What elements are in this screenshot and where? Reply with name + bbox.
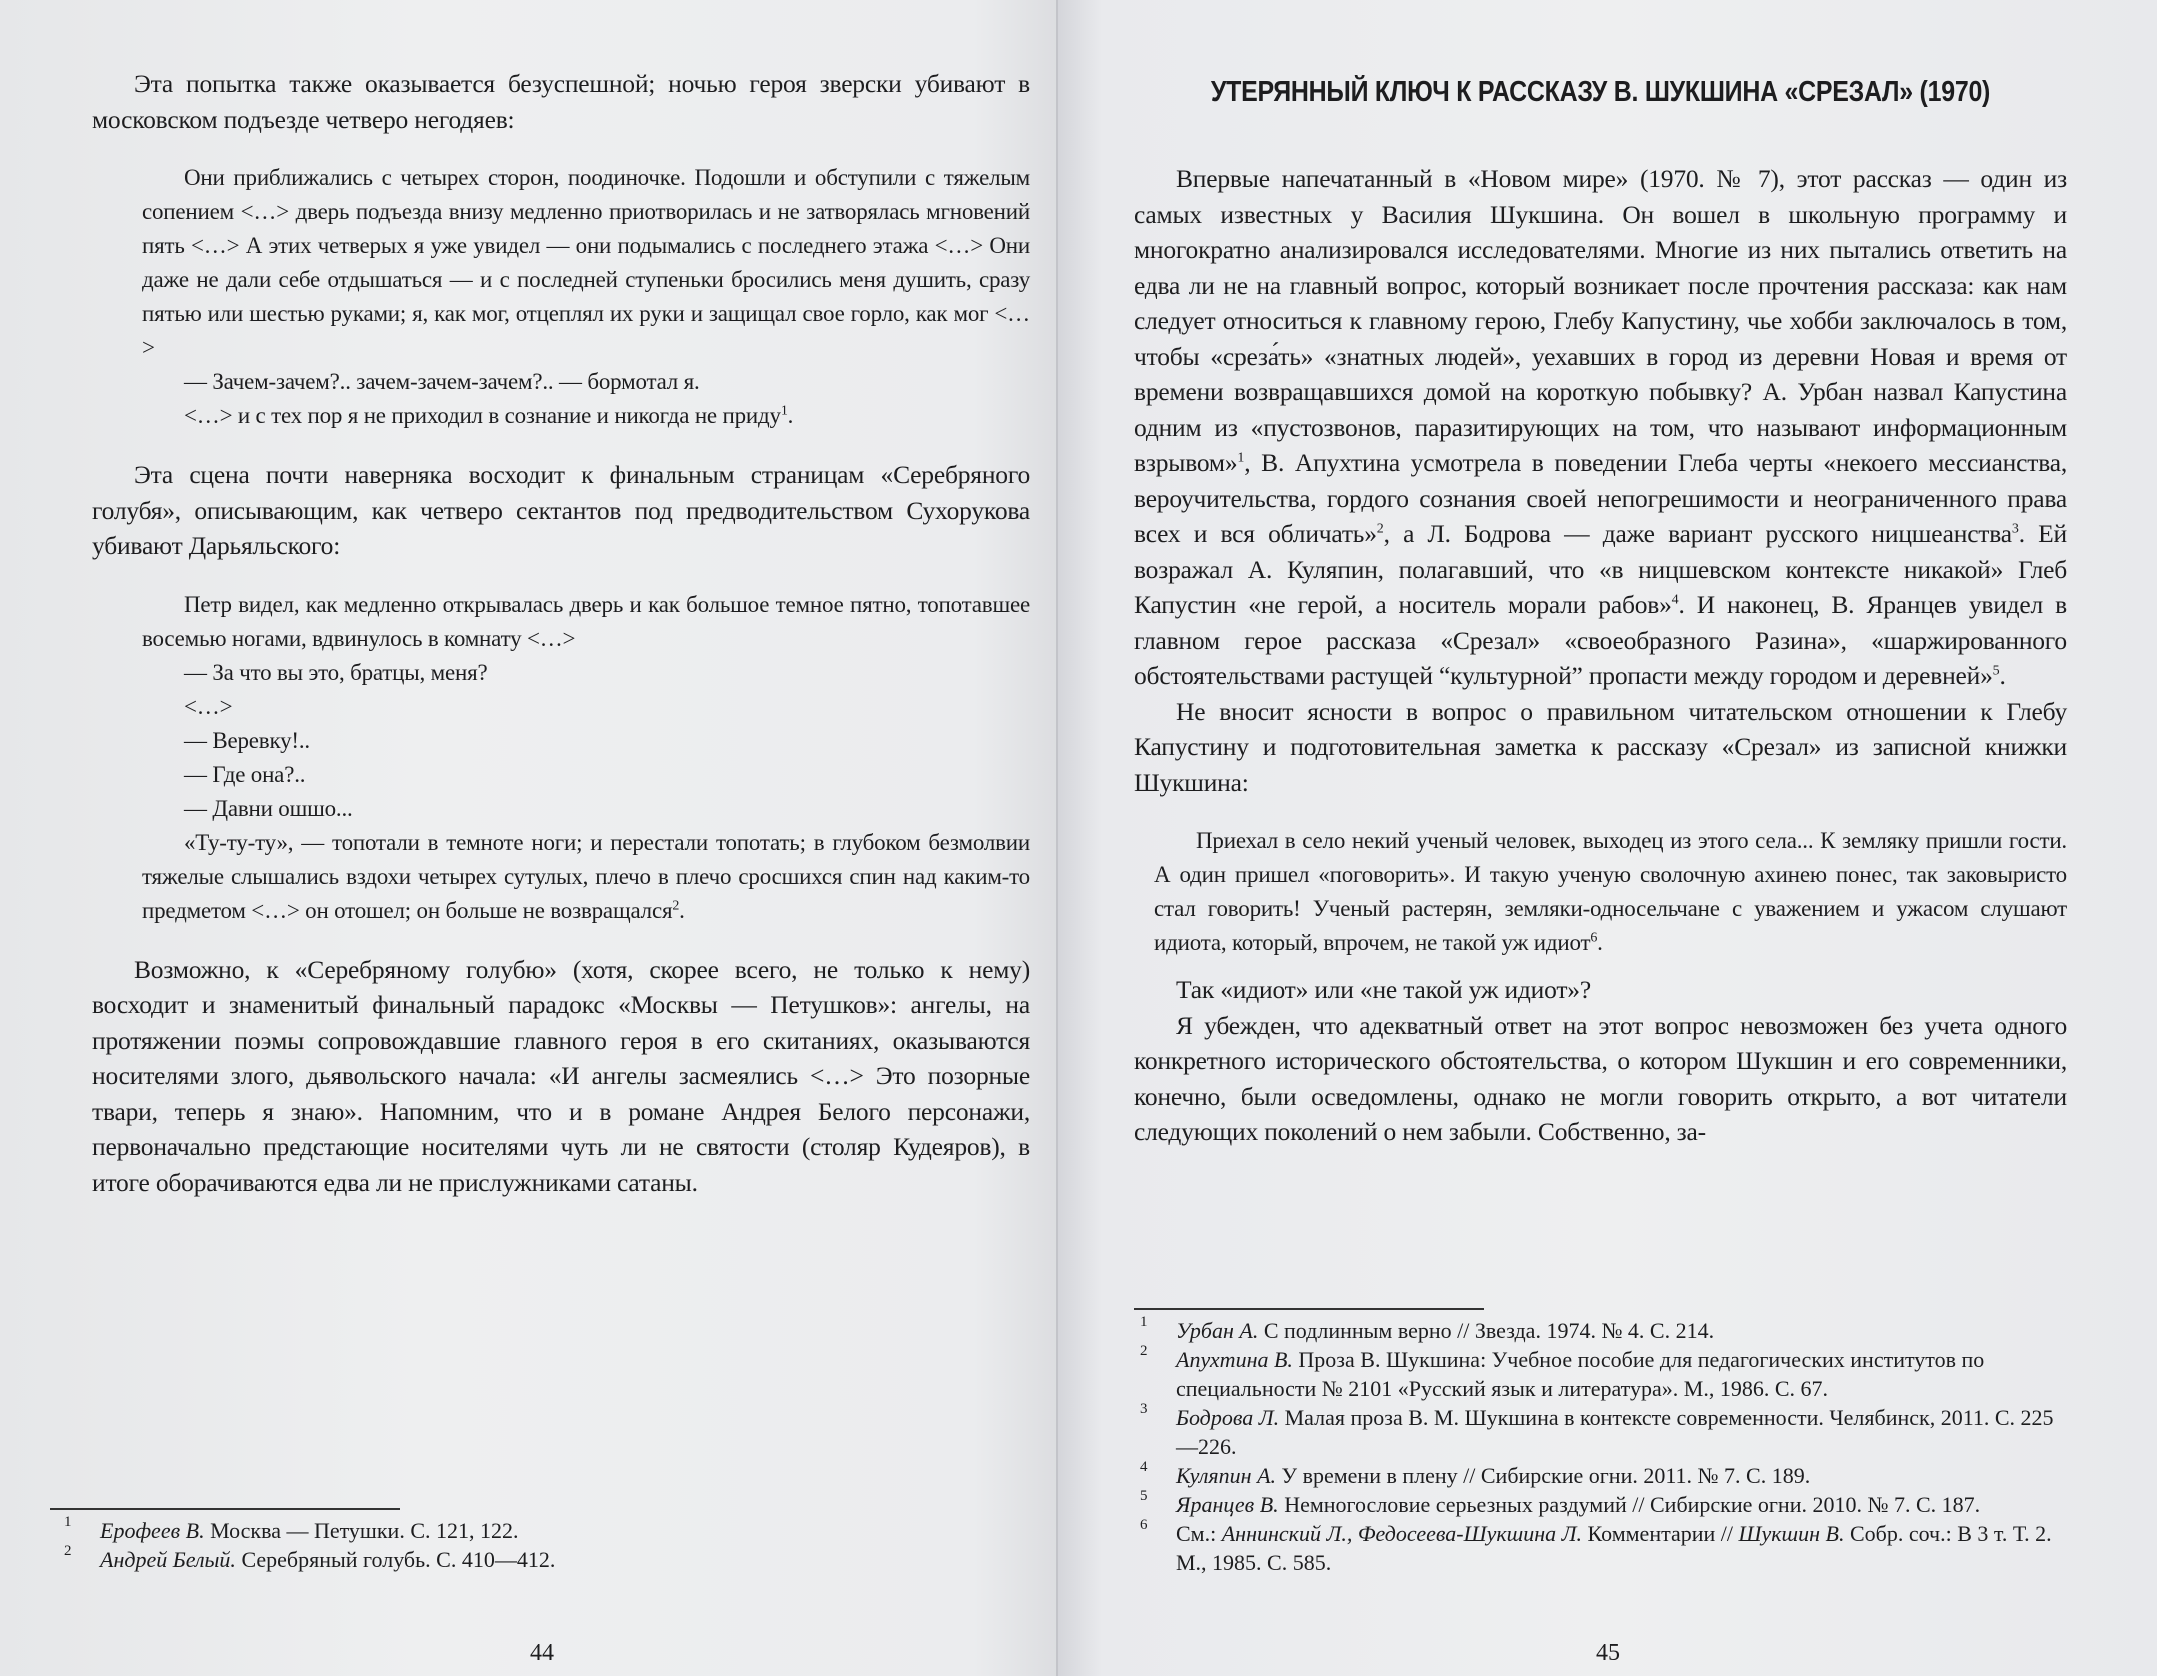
paragraph: Впервые напечатанный в «Новом мире» (197… [1134, 161, 2067, 694]
paragraph: Возможно, к «Серебряному голубю» (хотя, … [92, 952, 1030, 1201]
footnote-body: Малая проза В. М. Шукшина в контексте со… [1176, 1405, 2054, 1459]
chapter-heading: УТЕРЯННЫЙ КЛЮЧ К РАССКАЗУ В. ШУКШИНА «СР… [1199, 76, 2001, 109]
text-segment: Впервые напечатанный в «Новом мире» (197… [1134, 164, 2067, 477]
footnote-prefix: См.: [1176, 1521, 1222, 1546]
dialog-text: <…> и с тех пор я не приходил в сознание… [184, 403, 781, 428]
footnote-number: 1 [64, 1508, 84, 1537]
block-quote: Они приближались с четырех сторон, пооди… [142, 161, 1030, 365]
footnote: 6 См.: Аннинский Л., Федосеева-Шукшина Л… [1176, 1519, 2067, 1577]
footnote: 1 Урбан А. С подлинным верно // Звезда. … [1176, 1316, 2067, 1345]
footnote-body: Серебряный голубь. С. 410—412. [236, 1547, 555, 1572]
footnote-number: 2 [1140, 1337, 1160, 1366]
punctuation: . [788, 403, 794, 428]
paragraph: Я убежден, что адекватный ответ на этот … [1134, 1008, 2067, 1150]
footnote-author: Шукшин В. [1739, 1521, 1845, 1546]
paragraph: Эта сцена почти наверняка восходит к фин… [92, 457, 1030, 564]
footnotes-right: 1 Урбан А. С подлинным верно // Звезда. … [1134, 1308, 2067, 1577]
left-page-body: Эта попытка также оказывается безуспешно… [92, 66, 1030, 1200]
dialog-line: — Где она?.. [184, 758, 1030, 792]
dialog-line: — Зачем-зачем?.. зачем-зачем-зачем?.. — … [184, 365, 1030, 399]
footnote-text: Куляпин А. У времени в плену // Сибирски… [1176, 1461, 2067, 1490]
footnote: 4 Куляпин А. У времени в плену // Сибирс… [1176, 1461, 2067, 1490]
footnote: 2 Андрей Белый. Серебряный голубь. С. 41… [100, 1545, 1010, 1574]
footnote-author: Урбан А. [1176, 1318, 1258, 1343]
footnote-rule [1134, 1308, 1484, 1310]
footnote-number: 2 [64, 1537, 84, 1566]
block-quote: «Ту-ту-ту», — топотали в темноте ноги; и… [142, 826, 1030, 928]
footnote-number: 6 [1140, 1511, 1160, 1540]
paragraph: Эта попытка также оказывается безуспешно… [92, 66, 1030, 137]
footnote-author: Аннинский Л., Федосеева-Шукшина Л. [1222, 1521, 1582, 1546]
footnote-text: Ерофеев В. Москва — Петушки. С. 121, 122… [100, 1516, 1010, 1545]
footnote-body: Москва — Петушки. С. 121, 122. [205, 1518, 519, 1543]
footnote-text: Апухтина В. Проза В. Шукшина: Учебное по… [1176, 1345, 2067, 1403]
text-segment: , а Л. Бодрова — даже вариант русского н… [1384, 519, 2012, 548]
footnote-author: Бодрова Л. [1176, 1405, 1279, 1430]
footnote-author: Куляпин А. [1176, 1463, 1276, 1488]
punctuation: . [679, 898, 685, 923]
dialog-line: — За что вы это, братцы, меня? [184, 656, 1030, 690]
footnote-number: 1 [1140, 1308, 1160, 1337]
footnote-ref: 2 [1377, 522, 1384, 537]
page-number-left: 44 [530, 1640, 554, 1667]
footnote-body: Проза В. Шукшина: Учебное пособие для пе… [1176, 1347, 1984, 1401]
book-spread: Эта попытка также оказывается безуспешно… [0, 0, 2157, 1676]
footnote-body: У времени в плену // Сибирские огни. 201… [1276, 1463, 1810, 1488]
quote-text: «Ту-ту-ту», — топотали в темноте ноги; и… [142, 830, 1030, 923]
paragraph: Не вносит ясности в вопрос о правильном … [1134, 694, 2067, 801]
footnote-text: Урбан А. С подлинным верно // Звезда. 19… [1176, 1316, 2067, 1345]
footnote-author: Андрей Белый. [100, 1547, 236, 1572]
footnote: 2 Апухтина В. Проза В. Шукшина: Учебное … [1176, 1345, 2067, 1403]
dialog-line: — Давни ошшо... [184, 792, 1030, 826]
footnote-text: См.: Аннинский Л., Федосеева-Шукшина Л. … [1176, 1519, 2067, 1577]
footnote-author: Ерофеев В. [100, 1518, 205, 1543]
footnotes-left: 1 Ерофеев В. Москва — Петушки. С. 121, 1… [50, 1508, 1010, 1574]
right-page-body: УТЕРЯННЫЙ КЛЮЧ К РАССКАЗУ В. ШУКШИНА «СР… [1134, 66, 2067, 1150]
footnote-number: 5 [1140, 1482, 1160, 1511]
dialog-line: <…> и с тех пор я не приходил в сознание… [184, 399, 1030, 433]
footnote-author: Апухтина В. [1176, 1347, 1293, 1372]
footnote-rule [50, 1508, 400, 1510]
footnote: 3 Бодрова Л. Малая проза В. М. Шукшина в… [1176, 1403, 2067, 1461]
punctuation: . [1597, 930, 1603, 955]
dialog-line: <…> [184, 690, 1030, 724]
footnote-author: Яранцев В. [1176, 1492, 1279, 1517]
footnote-number: 3 [1140, 1395, 1160, 1424]
footnote: 5 Яранцев В. Немногословие серьезных раз… [1176, 1490, 2067, 1519]
page-number-right: 45 [1596, 1640, 1620, 1667]
block-quote: Приехал в село некий ученый человек, вых… [1154, 824, 2067, 960]
footnote-number: 4 [1140, 1453, 1160, 1482]
left-page: Эта попытка также оказывается безуспешно… [0, 0, 1058, 1676]
footnote-body: Немногословие серьезных раздумий // Сиби… [1279, 1492, 1980, 1517]
quote-text: Приехал в село некий ученый человек, вых… [1154, 828, 2067, 955]
paragraph: Так «идиот» или «не такой уж идиот»? [1134, 972, 2067, 1008]
dialog-line: — Веревку!.. [184, 724, 1030, 758]
footnote-text: Бодрова Л. Малая проза В. М. Шукшина в к… [1176, 1403, 2067, 1461]
footnote-body: С подлинным верно // Звезда. 1974. № 4. … [1258, 1318, 1714, 1343]
footnote-ref: 3 [2012, 522, 2019, 537]
text-segment: . [1999, 661, 2005, 690]
footnote-text: Яранцев В. Немногословие серьезных разду… [1176, 1490, 2067, 1519]
footnote-body: Комментарии // [1582, 1521, 1738, 1546]
footnote-text: Андрей Белый. Серебряный голубь. С. 410—… [100, 1545, 1010, 1574]
footnote: 1 Ерофеев В. Москва — Петушки. С. 121, 1… [100, 1516, 1010, 1545]
footnote-ref: 1 [781, 403, 788, 418]
block-quote: Петр видел, как медленно открывалась две… [142, 588, 1030, 656]
